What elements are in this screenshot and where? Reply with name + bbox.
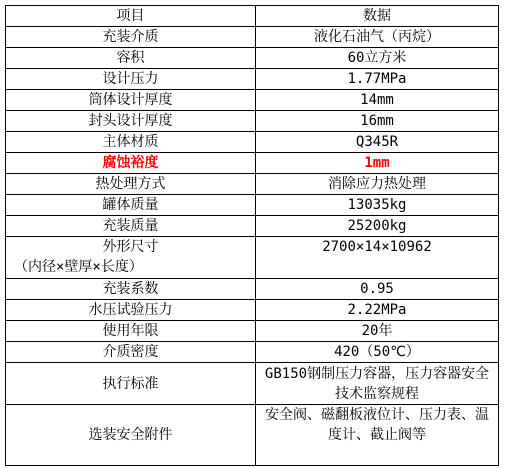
row-value: 安全阀、磁翻板液位计、压力表、温度计、截止阀等 [256,405,499,466]
row-label: 介质密度 [10,342,251,362]
row-label: 使用年限 [10,321,251,341]
row-label: 筒体设计厚度 [10,90,251,110]
spec-sheet-page: 项目 数据 充装介质 液化石油气（丙烷） 容积 60立方米 设计压力 1.77M… [0,0,509,468]
table-row: 充装质量 25200kg [6,216,499,237]
row-label-cell: 选装安全附件 [6,405,256,466]
row-label: 主体材质 [10,132,251,152]
row-value: Q345R [256,132,499,153]
row-label-cell: 罐体质量 [6,195,256,216]
row-label-cell: 热处理方式 [6,174,256,195]
row-label: 充装系数 [10,279,251,299]
row-value: 0.95 [256,279,499,300]
table-row: 选装安全附件 安全阀、磁翻板液位计、压力表、温度计、截止阀等 [6,405,499,466]
row-label-cell: 腐蚀裕度 [6,153,256,174]
row-value: 2700×14×10962 [256,237,499,279]
row-label: 水压试验压力 [10,300,251,320]
table-row: 封头设计厚度 16mm [6,111,499,132]
row-value: 1.77MPa [256,69,499,90]
row-value: 420（50℃） [256,342,499,363]
header-row: 项目 数据 [6,6,499,27]
row-value: 1mm [256,153,499,174]
column-header-item: 项目 [6,6,256,27]
row-value: 13035kg [256,195,499,216]
row-label: 腐蚀裕度 [10,153,251,173]
row-label-cell: 设计压力 [6,69,256,90]
table-row: 设计压力 1.77MPa [6,69,499,90]
row-label-cell: 容积 [6,48,256,69]
row-value: 消除应力热处理 [256,174,499,195]
table-row: 执行标准 GB150钢制压力容器，压力容器安全技术监察规程 [6,363,499,405]
row-label: 热处理方式 [10,174,251,194]
table-row: 主体材质 Q345R [6,132,499,153]
row-label: 外形尺寸 [10,237,251,257]
row-label-cell: 外形尺寸 （内径×壁厚×长度） [6,237,256,279]
row-value: 25200kg [256,216,499,237]
row-label: 封头设计厚度 [10,111,251,131]
row-label-cell: 介质密度 [6,342,256,363]
table-row: 罐体质量 13035kg [6,195,499,216]
table-row: 外形尺寸 （内径×壁厚×长度） 2700×14×10962 [6,237,499,279]
table-row: 充装系数 0.95 [6,279,499,300]
row-value: 液化石油气（丙烷） [256,27,499,48]
row-label-cell: 充装介质 [6,27,256,48]
row-label: 容积 [10,48,251,68]
row-label: 充装质量 [10,216,251,236]
table-row: 介质密度 420（50℃） [6,342,499,363]
row-label-cell: 充装质量 [6,216,256,237]
row-label-cell: 封头设计厚度 [6,111,256,132]
row-label: 充装介质 [10,27,251,47]
column-header-data: 数据 [256,6,499,27]
table-row: 热处理方式 消除应力热处理 [6,174,499,195]
row-value: 2.22MPa [256,300,499,321]
row-label-cell: 筒体设计厚度 [6,90,256,111]
row-label-cell: 使用年限 [6,321,256,342]
row-value: 60立方米 [256,48,499,69]
row-label-subtext: （内径×壁厚×长度） [10,257,251,277]
row-label: 选装安全附件 [10,425,251,445]
spec-table: 项目 数据 充装介质 液化石油气（丙烷） 容积 60立方米 设计压力 1.77M… [5,5,499,466]
row-label: 罐体质量 [10,195,251,215]
row-label-cell: 主体材质 [6,132,256,153]
row-label: 执行标准 [10,374,251,394]
table-row: 筒体设计厚度 14mm [6,90,499,111]
table-row: 容积 60立方米 [6,48,499,69]
row-value: 16mm [256,111,499,132]
table-row: 水压试验压力 2.22MPa [6,300,499,321]
table-row: 充装介质 液化石油气（丙烷） [6,27,499,48]
row-label-cell: 充装系数 [6,279,256,300]
row-label: 设计压力 [10,69,251,89]
row-value: 14mm [256,90,499,111]
table-row: 腐蚀裕度 1mm [6,153,499,174]
row-value: 20年 [256,321,499,342]
row-value: GB150钢制压力容器，压力容器安全技术监察规程 [256,363,499,405]
table-row: 使用年限 20年 [6,321,499,342]
row-label-cell: 水压试验压力 [6,300,256,321]
row-label-cell: 执行标准 [6,363,256,405]
